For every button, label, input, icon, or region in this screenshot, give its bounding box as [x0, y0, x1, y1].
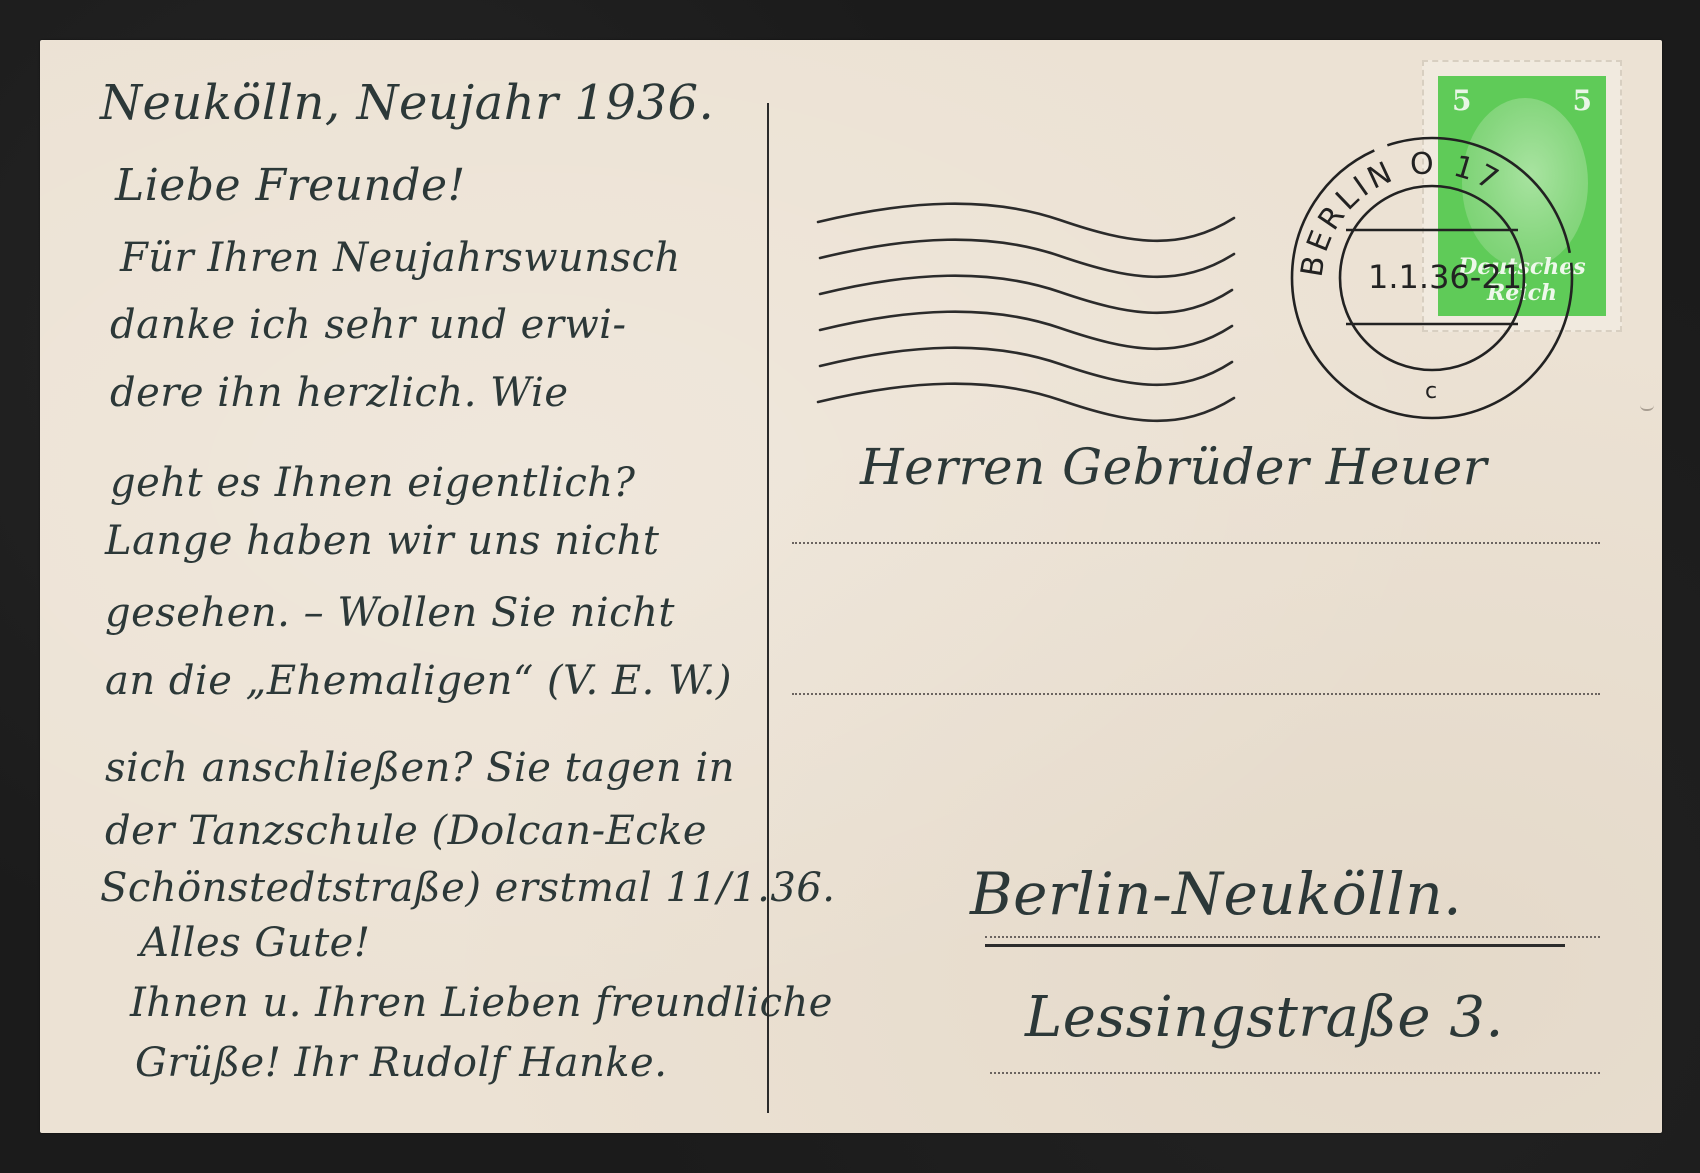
stamp-value: 5 — [1573, 84, 1592, 117]
city: Berlin-Neukölln. — [970, 860, 1462, 928]
center-divider — [767, 103, 769, 1113]
wavy-cancellation-icon — [810, 190, 1250, 430]
message-line: Alles Gute! — [140, 920, 370, 966]
street: Lessingstraße 3. — [1025, 985, 1504, 1050]
recipient-name: Herren Gebrüder Heuer — [860, 438, 1487, 496]
address-line-3 — [985, 936, 1600, 938]
signature-line: Grüße! Ihr Rudolf Hanke. — [135, 1040, 667, 1086]
message-line: dere ihn herzlich. Wie — [110, 370, 569, 416]
message-line: der Tanzschule (Dolcan-Ecke — [105, 808, 707, 854]
message-line: Lange haben wir uns nicht — [105, 518, 659, 564]
message-line: danke ich sehr und erwi- — [110, 302, 627, 348]
message-line: Schönstedtstraße) erstmal 11/1.36. — [100, 865, 835, 911]
address-line-1 — [792, 542, 1600, 544]
postmark: BERLIN O 17 1.1.36-21 c — [1282, 128, 1582, 428]
message-line: gesehen. – Wollen Sie nicht — [105, 590, 675, 636]
postmark-code: c — [1425, 379, 1437, 404]
pencil-mark — [1640, 405, 1654, 411]
dateline: Neukölln, Neujahr 1936. — [100, 75, 714, 131]
message-line: Für Ihren Neujahrswunsch — [120, 235, 681, 281]
message-line: Ihnen u. Ihren Lieben freundliche — [130, 980, 833, 1026]
message-line: an die „Ehemaligen“ (V. E. W.) — [105, 658, 732, 704]
address-line-4 — [990, 1072, 1600, 1074]
postmark-date: 1.1.36-21 — [1368, 258, 1522, 296]
message-line: sich anschließen? Sie tagen in — [105, 745, 735, 791]
greeting: Liebe Freunde! — [115, 160, 466, 211]
message-line: geht es Ihnen eigentlich? — [110, 460, 636, 506]
postcard: Neukölln, Neujahr 1936. Liebe Freunde! F… — [40, 40, 1662, 1133]
address-line-2 — [792, 693, 1600, 695]
city-underline — [985, 944, 1565, 947]
stamp-value: 5 — [1452, 84, 1471, 117]
